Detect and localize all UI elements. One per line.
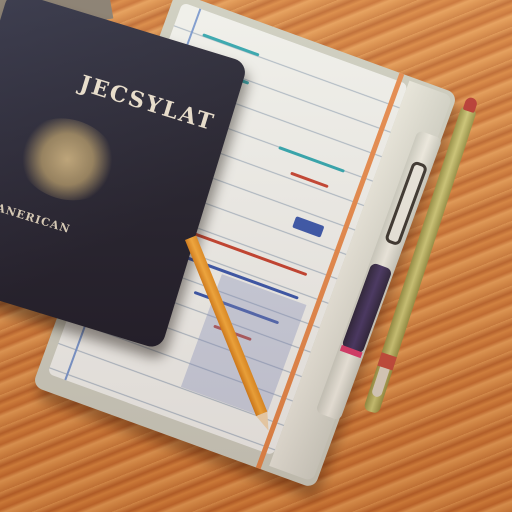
wooden-table: JECSYLAT UNANERICAN xyxy=(0,0,512,512)
pen-tip xyxy=(371,367,390,399)
pen-cap-tip xyxy=(463,96,479,113)
